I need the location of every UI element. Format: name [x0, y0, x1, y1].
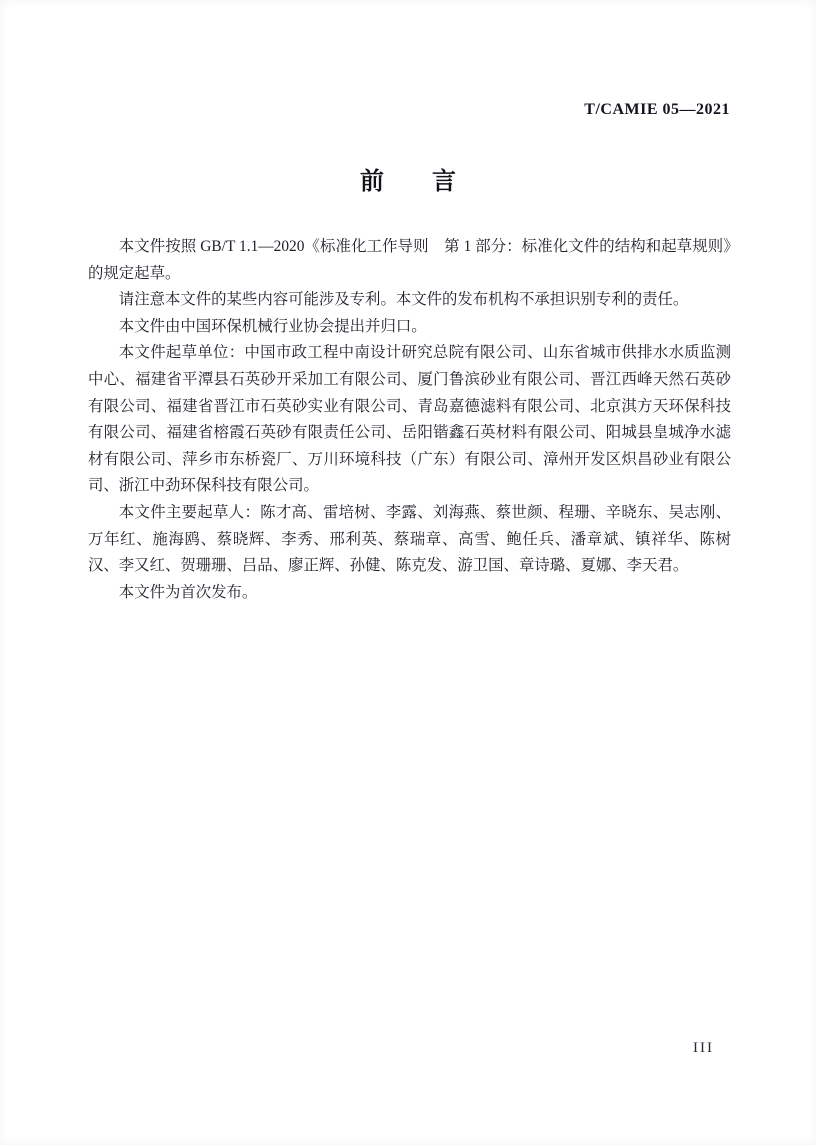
- paragraph-drafting-rules: 本文件按照 GB/T 1.1—2020《标准化工作导则 第 1 部分：标准化文件…: [88, 234, 731, 287]
- document-page: T/CAMIE 05—2021 前 言 本文件按照 GB/T 1.1—2020《…: [0, 0, 816, 1145]
- paragraph-drafting-organizations: 本文件起草单位：中国市政工程中南设计研究总院有限公司、山东省城市供排水水质监测中…: [88, 340, 731, 500]
- page-title: 前 言: [0, 161, 816, 196]
- paragraph-proposing-body: 本文件由中国环保机械行业协会提出并归口。: [88, 314, 731, 341]
- paragraph-first-issue: 本文件为首次发布。: [88, 580, 731, 607]
- foreword-body: 本文件按照 GB/T 1.1—2020《标准化工作导则 第 1 部分：标准化文件…: [88, 234, 731, 606]
- standard-number: T/CAMIE 05—2021: [584, 101, 730, 119]
- page-number: III: [693, 1040, 714, 1057]
- paragraph-patent-notice: 请注意本文件的某些内容可能涉及专利。本文件的发布机构不承担识别专利的责任。: [88, 287, 731, 314]
- paragraph-main-drafters: 本文件主要起草人：陈才高、雷培树、李露、刘海燕、蔡世颜、程珊、辛晓东、吴志刚、万…: [88, 500, 731, 580]
